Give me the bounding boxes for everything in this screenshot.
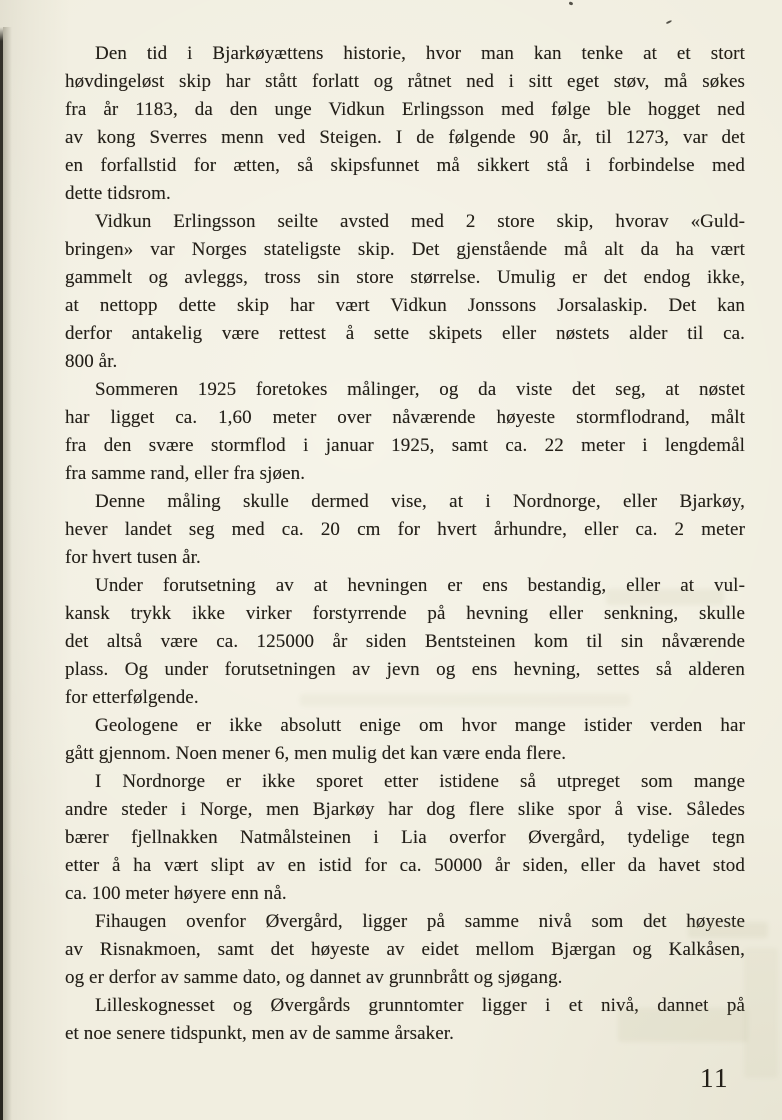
text-line: og er derfor av samme dato, og dannet av… xyxy=(65,964,745,992)
text-line: det altså være ca. 125000 år siden Bents… xyxy=(65,628,745,656)
paragraph: Denne måling skulle dermed vise, at i No… xyxy=(65,488,745,572)
text-line: for hvert tusen år. xyxy=(65,544,745,572)
text-line: gått gjennom. Noen mener 6, men mulig de… xyxy=(65,740,745,768)
text-line: av Risnakmoen, samt det høyeste av eidet… xyxy=(65,936,745,964)
text-line: bringen» var Norges stateligste skip. De… xyxy=(65,236,745,264)
text-block: Den tid i Bjarkøyættens historie, hvor m… xyxy=(65,40,745,1048)
paragraph: Sommeren 1925 foretokes målinger, og da … xyxy=(65,376,745,488)
text-line: har ligget ca. 1,60 meter over nåværende… xyxy=(65,404,745,432)
text-line: en forfallstid for ætten, så skipsfunnet… xyxy=(65,152,745,180)
text-line: fra samme rand, eller fra sjøen. xyxy=(65,460,745,488)
text-line: 800 år. xyxy=(65,348,745,376)
bleed-through-artifact xyxy=(606,589,724,605)
bleed-through-artifact xyxy=(688,922,768,938)
text-line: at nettopp dette skip har vært Vidkun Jo… xyxy=(65,292,745,320)
ink-speck xyxy=(569,1,574,5)
text-line: I Nordnorge er ikke sporet etter istiden… xyxy=(65,768,745,796)
text-line: gammelt og avleggs, tross sin store stør… xyxy=(65,264,745,292)
bleed-through-artifact xyxy=(744,948,778,1078)
text-line: Denne måling skulle dermed vise, at i No… xyxy=(65,488,745,516)
text-line: høvdingeløst skip har stått forlatt og r… xyxy=(65,68,745,96)
paragraph: Den tid i Bjarkøyættens historie, hvor m… xyxy=(65,40,745,208)
text-line: fra den svære stormflod i januar 1925, s… xyxy=(65,432,745,460)
text-line: av kong Sverres menn ved Steigen. I de f… xyxy=(65,124,745,152)
text-line: Den tid i Bjarkøyættens historie, hvor m… xyxy=(65,40,745,68)
text-line: plass. Og under forutsetningen av jevn o… xyxy=(65,656,745,684)
bleed-through-artifact xyxy=(300,694,630,706)
text-line: ca. 100 meter høyere enn nå. xyxy=(65,880,745,908)
page-number: 11 xyxy=(700,1063,729,1094)
text-line: Fihaugen ovenfor Øvergård, ligger på sam… xyxy=(65,908,745,936)
ink-speck xyxy=(666,20,672,25)
text-line: hever landet seg med ca. 20 cm for hvert… xyxy=(65,516,745,544)
book-page: Den tid i Bjarkøyættens historie, hvor m… xyxy=(0,0,782,1120)
text-line: andre steder i Norge, men Bjarkøy har do… xyxy=(65,796,745,824)
paragraph: Geologene er ikke absolutt enige om hvor… xyxy=(65,712,745,768)
paragraph: Vidkun Erlingsson seilte avsted med 2 st… xyxy=(65,208,745,376)
text-line: Vidkun Erlingsson seilte avsted med 2 st… xyxy=(65,208,745,236)
text-line: etter å ha vært slipt av en istid for ca… xyxy=(65,852,745,880)
text-line: bærer fjellnakken Natmålsteinen i Lia ov… xyxy=(65,824,745,852)
bleed-through-artifact xyxy=(618,1008,748,1042)
scan-edge-shadow xyxy=(3,27,12,1120)
text-line: fra år 1183, da den unge Vidkun Erlingss… xyxy=(65,96,745,124)
text-line: derfor antakelig være rettest å sette sk… xyxy=(65,320,745,348)
text-line: dette tidsrom. xyxy=(65,180,745,208)
paragraph: I Nordnorge er ikke sporet etter istiden… xyxy=(65,768,745,908)
text-line: Sommeren 1925 foretokes målinger, og da … xyxy=(65,376,745,404)
text-line: Geologene er ikke absolutt enige om hvor… xyxy=(65,712,745,740)
